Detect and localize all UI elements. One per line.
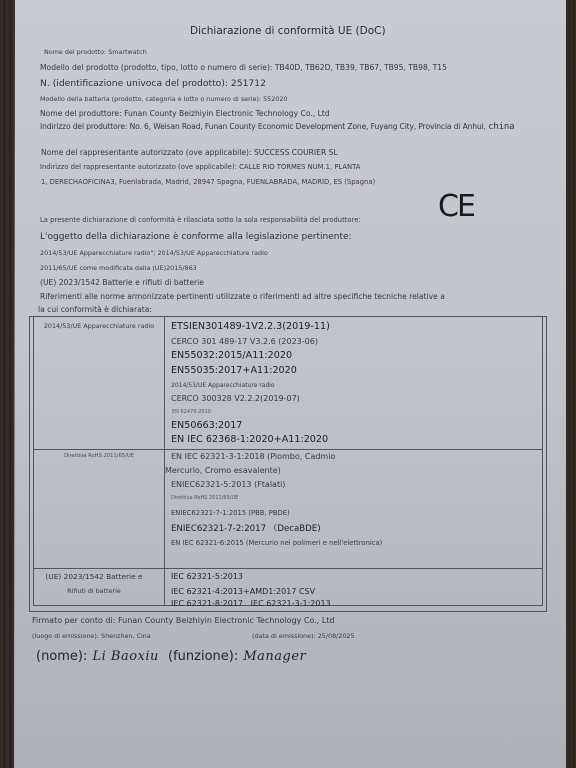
table-cell-standard: EN55032:2015/A11:2020 [171, 350, 292, 361]
legislation-item: 2011/65/UE come modificata dalla (UE)201… [40, 264, 197, 272]
table-cell-standard: IEC 62321-5:2013 [171, 572, 243, 581]
rep-address-line-2: 1, DERECHAOFICINA3, Fuenlabrada, Madrid,… [41, 178, 375, 186]
document-title: Dichiarazione di conformità UE (DoC) [190, 25, 386, 37]
table-row-divider [34, 449, 542, 450]
table-cell-standard: ENIEC62321-5:2013 (Ftalati) [171, 480, 285, 489]
table-cell-standard: IEC 62321-8:2017 IEC 62321-3-1:2013 [171, 599, 331, 608]
function-label: (funzione): [168, 649, 238, 664]
place-of-issue: (luogo di emissione): Shenzhen, Cina [32, 632, 151, 640]
table-cell-standard: ENIEC62321-7-2:2017 （DecaBDE) [171, 522, 321, 534]
battery-model: Modello della batteria (prodotto, catego… [40, 95, 288, 103]
table-cell-standard: EN50663:2017 [171, 420, 242, 431]
signature-line: (nome): Li Baoxiu (funzione): Manager [36, 645, 306, 664]
manufacturer-name: Nome del produttore: Funan County Beizhi… [40, 109, 330, 118]
responsibility-statement: La presente dichiarazione di conformità … [40, 216, 361, 224]
table-row-divider [34, 568, 542, 569]
table-cell-standard: 2014/53/UE Apparecchiature radio [171, 382, 275, 389]
name-label: (nome): [36, 649, 87, 664]
standards-table: 2014/53/UE Apparecchiature radio ETSIEN3… [33, 316, 543, 606]
table-cell-standard: IEC 62321-4:2013+AMD1:2017 CSV [171, 587, 315, 596]
product-name: Nome del prodotto: Smartwatch [44, 48, 147, 56]
table-cell-standard: EN IEC 62321-3-1:2018 (Piombo, Cadmio [171, 452, 335, 461]
rep-address-line-1: Indirizzo del rappresentante autorizzato… [40, 163, 360, 171]
name-handwritten: Li Baoxiu [92, 649, 158, 664]
function-handwritten: Manager [243, 649, 306, 664]
date-of-issue: (data di emissione): 25/08/2025 [252, 632, 355, 640]
table-cell-standard: ENIEC62321-7-1:2015 (PBB, PBDE) [171, 509, 290, 517]
product-id: N. (identificazione univoca del prodotto… [40, 78, 266, 89]
table-cell-standard: EN IEC 62321-6:2015 (Mercurio nei polime… [171, 539, 382, 547]
document-page: Dichiarazione di conformità UE (DoC) Nom… [14, 0, 566, 768]
table-cell-directive: 2014/53/UE Apparecchiature radio [34, 322, 164, 330]
product-model: Modello del prodotto (prodotto, tipo, lo… [40, 63, 447, 72]
table-cell-standard: EN 62479:2010 [172, 409, 211, 415]
table-cell-standard: Mercurio, Cromo esavalente) [165, 466, 281, 475]
rep-name: Nome del rappresentante autorizzato (ove… [41, 148, 338, 157]
manufacturer-address-text: Indirizzo del produttore: No. 6, Weisan … [40, 122, 486, 131]
table-cell-standard: Direttiva RoHS 2011/65/UE [171, 495, 238, 501]
table-cell-standard: CERCO 300328 V2.2.2(2019-07) [171, 394, 300, 403]
manufacturer-address: Indirizzo del produttore: No. 6, Weisan … [40, 122, 514, 132]
table-cell-standard: EN IEC 62368-1:2020+A11:2020 [171, 434, 328, 445]
ce-mark-icon: CE [438, 189, 474, 224]
table-cell-standard: ETSIEN301489-1V2.2.3(2019-11) [171, 321, 330, 332]
table-cell-standard: CERCO 301 489-17 V3.2.6 (2023-06) [171, 337, 318, 346]
table-cell-standard: EN55035:2017+A11:2020 [171, 365, 297, 376]
signed-for: Firmato per conto di: Funan County Beizh… [32, 616, 335, 625]
legislation-item: 2014/53/UE Apparecchiature radio"; 2014/… [40, 249, 268, 257]
table-column-divider [164, 317, 165, 605]
legislation-heading: L'oggetto della dichiarazione è conforme… [40, 232, 352, 242]
manufacturer-country: china [488, 122, 514, 132]
table-cell-directive: Direttiva RoHS 2011/65/UE [34, 453, 164, 459]
table-cell-directive: (UE) 2023/1542 Batterie e [34, 572, 154, 581]
references-line-1: Riferimenti alle norme armonizzate perti… [40, 292, 445, 301]
references-line-2: la cui conformità è dichiarata: [38, 305, 152, 314]
table-cell-directive: Rifiuti di batterie [34, 587, 154, 595]
legislation-item: (UE) 2023/1542 Batterie e rifiuti di bat… [40, 278, 204, 287]
